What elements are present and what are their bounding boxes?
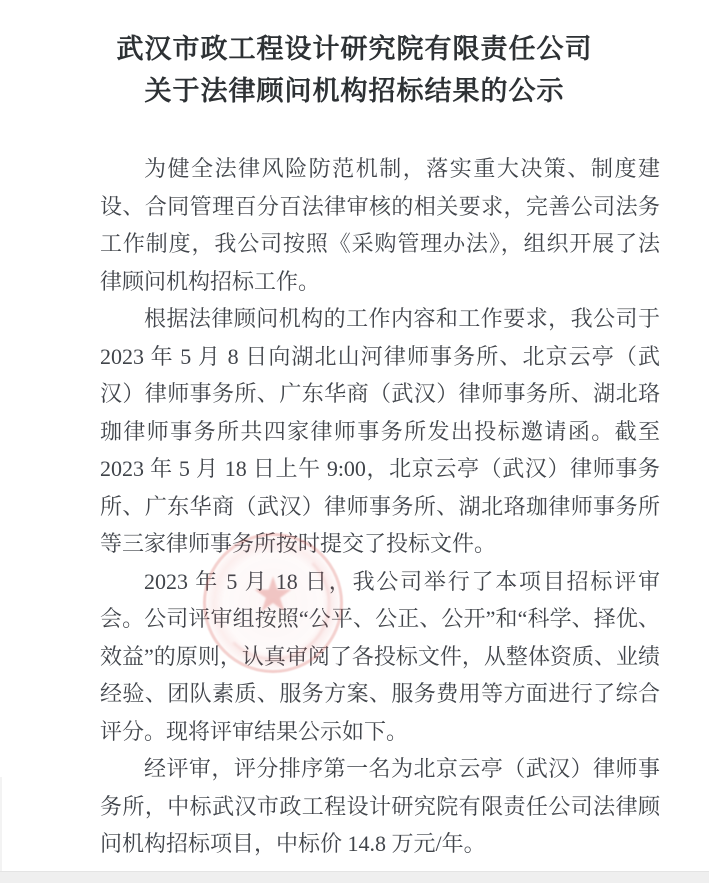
paragraph-result: 经评审，评分排序第一名为北京云亭（武汉）律师事务所，中标武汉市政工程设计研究院有… — [100, 750, 660, 863]
paragraph-review: 2023 年 5 月 18 日，我公司举行了本项目招标评审会。公司评审组按照“公… — [100, 563, 660, 751]
scan-edge-left — [0, 777, 2, 872]
document-title-line1: 武汉市政工程设计研究院有限责任公司 — [0, 28, 709, 70]
scanned-document-page: 武汉市政工程设计研究院有限责任公司 关于法律顾问机构招标结果的公示 为健全法律风… — [0, 0, 709, 883]
scan-edge-bottom — [0, 871, 709, 883]
document-body: 为健全法律风险防范机制，落实重大决策、制度建设、合同管理百分百法律审核的相关要求… — [100, 150, 660, 863]
document-title-line2: 关于法律顾问机构招标结果的公示 — [0, 70, 709, 112]
paragraph-intro: 为健全法律风险防范机制，落实重大决策、制度建设、合同管理百分百法律审核的相关要求… — [100, 150, 660, 300]
document-title: 武汉市政工程设计研究院有限责任公司 关于法律顾问机构招标结果的公示 — [0, 28, 709, 112]
paragraph-invitation: 根据法律顾问机构的工作内容和工作要求，我公司于 2023 年 5 月 8 日向湖… — [100, 300, 660, 563]
